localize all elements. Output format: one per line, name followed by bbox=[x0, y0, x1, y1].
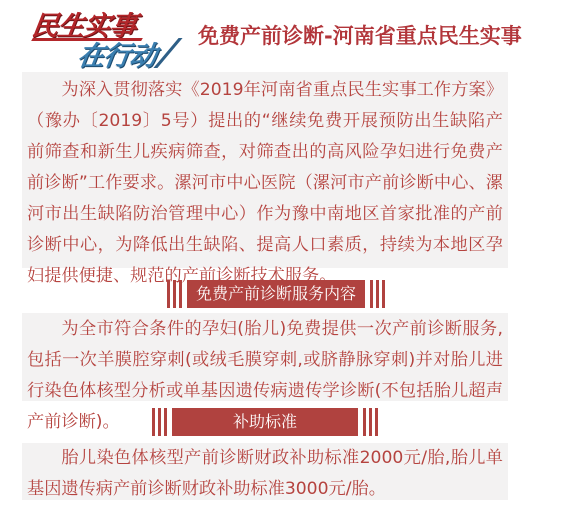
logo: 民生实事 在行动 bbox=[28, 4, 193, 66]
service-content-box: 为全市符合条件的孕妇(胎儿)免费提供一次产前诊断服务,包括一次羊膜腔穿刺(或绒毛… bbox=[22, 313, 508, 401]
subsidy-standard-text: 胎儿染色体核型产前诊断财政补助标准2000元/胎,胎儿单基因遗传病产前诊断财政补… bbox=[27, 443, 503, 505]
banner-bars-right bbox=[363, 408, 378, 436]
logo-slash-decoration bbox=[153, 38, 182, 68]
section-title: 补助标准 bbox=[172, 408, 358, 436]
section-title: 免费产前诊断服务内容 bbox=[187, 280, 365, 308]
logo-line2: 在行动 bbox=[75, 34, 158, 73]
banner-bars-left bbox=[152, 408, 167, 436]
banner-bars-right bbox=[370, 280, 385, 308]
intro-box: 为深入贯彻落实《2019年河南省重点民生实事工作方案》（豫办〔2019〕5号）提… bbox=[22, 72, 508, 268]
page-title: 免费产前诊断-河南省重点民生实事 bbox=[198, 20, 522, 50]
section-banner-service-content: 免费产前诊断服务内容 bbox=[167, 280, 385, 308]
section-banner-subsidy-standard: 补助标准 bbox=[152, 408, 378, 436]
intro-text: 为深入贯彻落实《2019年河南省重点民生实事工作方案》（豫办〔2019〕5号）提… bbox=[27, 75, 503, 292]
subsidy-standard-box: 胎儿染色体核型产前诊断财政补助标准2000元/胎,胎儿单基因遗传病产前诊断财政补… bbox=[22, 443, 508, 500]
banner-bars-left bbox=[167, 280, 182, 308]
